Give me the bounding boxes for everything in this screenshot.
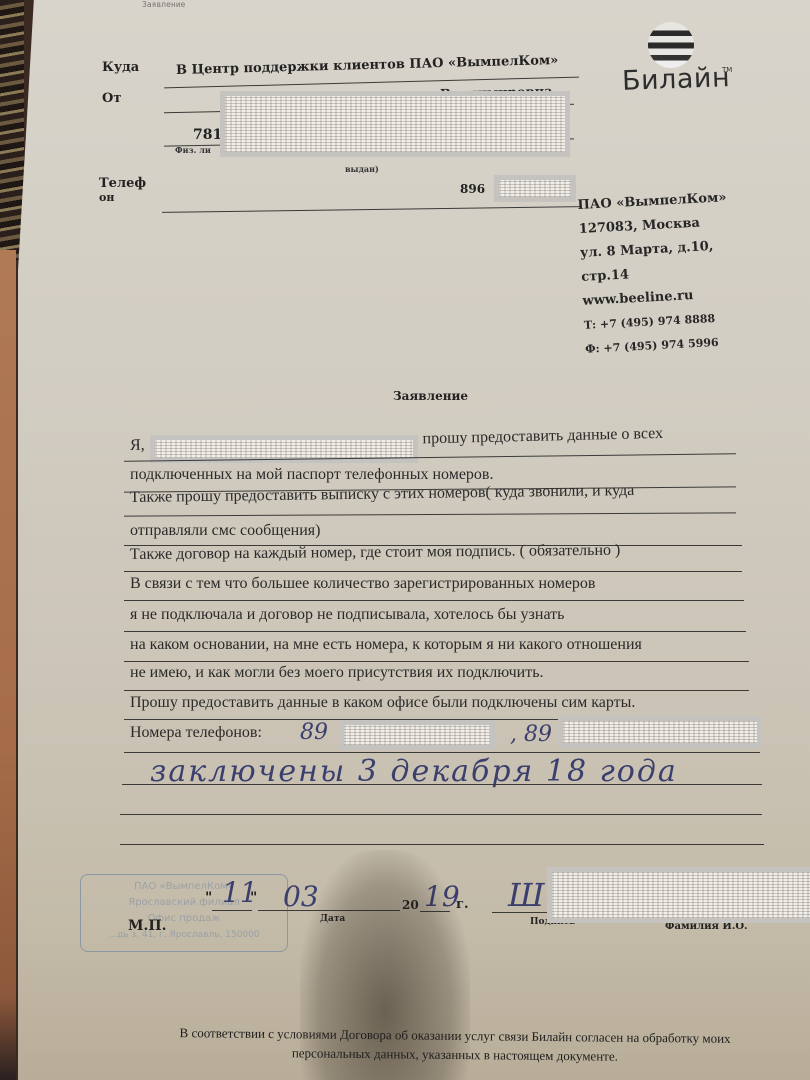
body-rule — [124, 571, 742, 572]
day-quote-open: " — [205, 890, 212, 906]
redacted-signature-name — [547, 867, 810, 923]
statement-title: Заявление — [393, 389, 468, 403]
redacted-phone-number-2 — [558, 716, 762, 748]
body-line-7: я не подключала и договор не подписывала… — [130, 606, 564, 624]
body-line-6: В связи с тем что большее количество зар… — [130, 575, 595, 593]
body-line-1-prefix: Я, — [130, 437, 145, 454]
redacted-phone — [494, 175, 576, 202]
body-rule — [120, 844, 764, 845]
phone-number-1-visible: 89 — [300, 720, 328, 745]
company-address-block: ПАО «ВымпелКом» 127083, Москва ул. 8 Мар… — [577, 186, 735, 362]
body-rule — [124, 631, 746, 632]
beeline-logo-icon — [648, 22, 694, 68]
phone-number-2-visible: , 89 — [510, 722, 552, 747]
background-surface — [0, 250, 16, 1080]
phone-label-line1: Телеф — [99, 176, 146, 191]
logo-trademark: TM — [722, 66, 732, 74]
day-underline — [212, 910, 252, 911]
mp-label: М.П. — [128, 918, 166, 934]
body-rule — [124, 752, 760, 753]
background-fabric — [0, 0, 24, 260]
body-line-2: подключенных на мой паспорт телефонных н… — [130, 466, 493, 484]
document-top-label: Заявление — [142, 0, 185, 9]
body-line-8: на каком основании, на мне есть номера, … — [130, 636, 642, 654]
body-rule — [122, 784, 762, 785]
body-rule — [124, 690, 749, 691]
signature: Ш — [508, 876, 545, 914]
phone-label-line2: он — [99, 191, 114, 204]
phone-numbers-label: Номера телефонов: — [130, 724, 262, 742]
redacted-phone-number-1 — [339, 720, 495, 750]
body-rule — [124, 600, 744, 601]
body-line-10: Прошу предоставить данные в каком офисе … — [130, 694, 635, 712]
stamp-line-3: Офис продаж — [81, 911, 287, 927]
day-quote-close: " — [250, 890, 257, 906]
passport-label-end: выдан) — [345, 164, 379, 174]
body-rule — [124, 661, 749, 662]
body-rule — [120, 814, 762, 815]
passport-label: Физ. ли — [175, 145, 211, 155]
redacted-personal-data — [220, 91, 570, 157]
logo-brand-name: Билайн — [621, 62, 730, 97]
phone-value: 896 — [460, 182, 485, 196]
consent-footer: В соответствии с условиями Договора об о… — [135, 1023, 775, 1068]
from-label: От — [102, 91, 121, 106]
to-label: Куда — [102, 60, 139, 75]
body-line-4: отправляли смс сообщения) — [130, 522, 320, 540]
body-line-9: не имею, и как могли без моего присутств… — [130, 664, 544, 682]
from-line2-value: 781 — [193, 127, 222, 143]
stamp-line-4: ...дь з. 41, г. Ярославль, 150000 — [81, 927, 287, 943]
